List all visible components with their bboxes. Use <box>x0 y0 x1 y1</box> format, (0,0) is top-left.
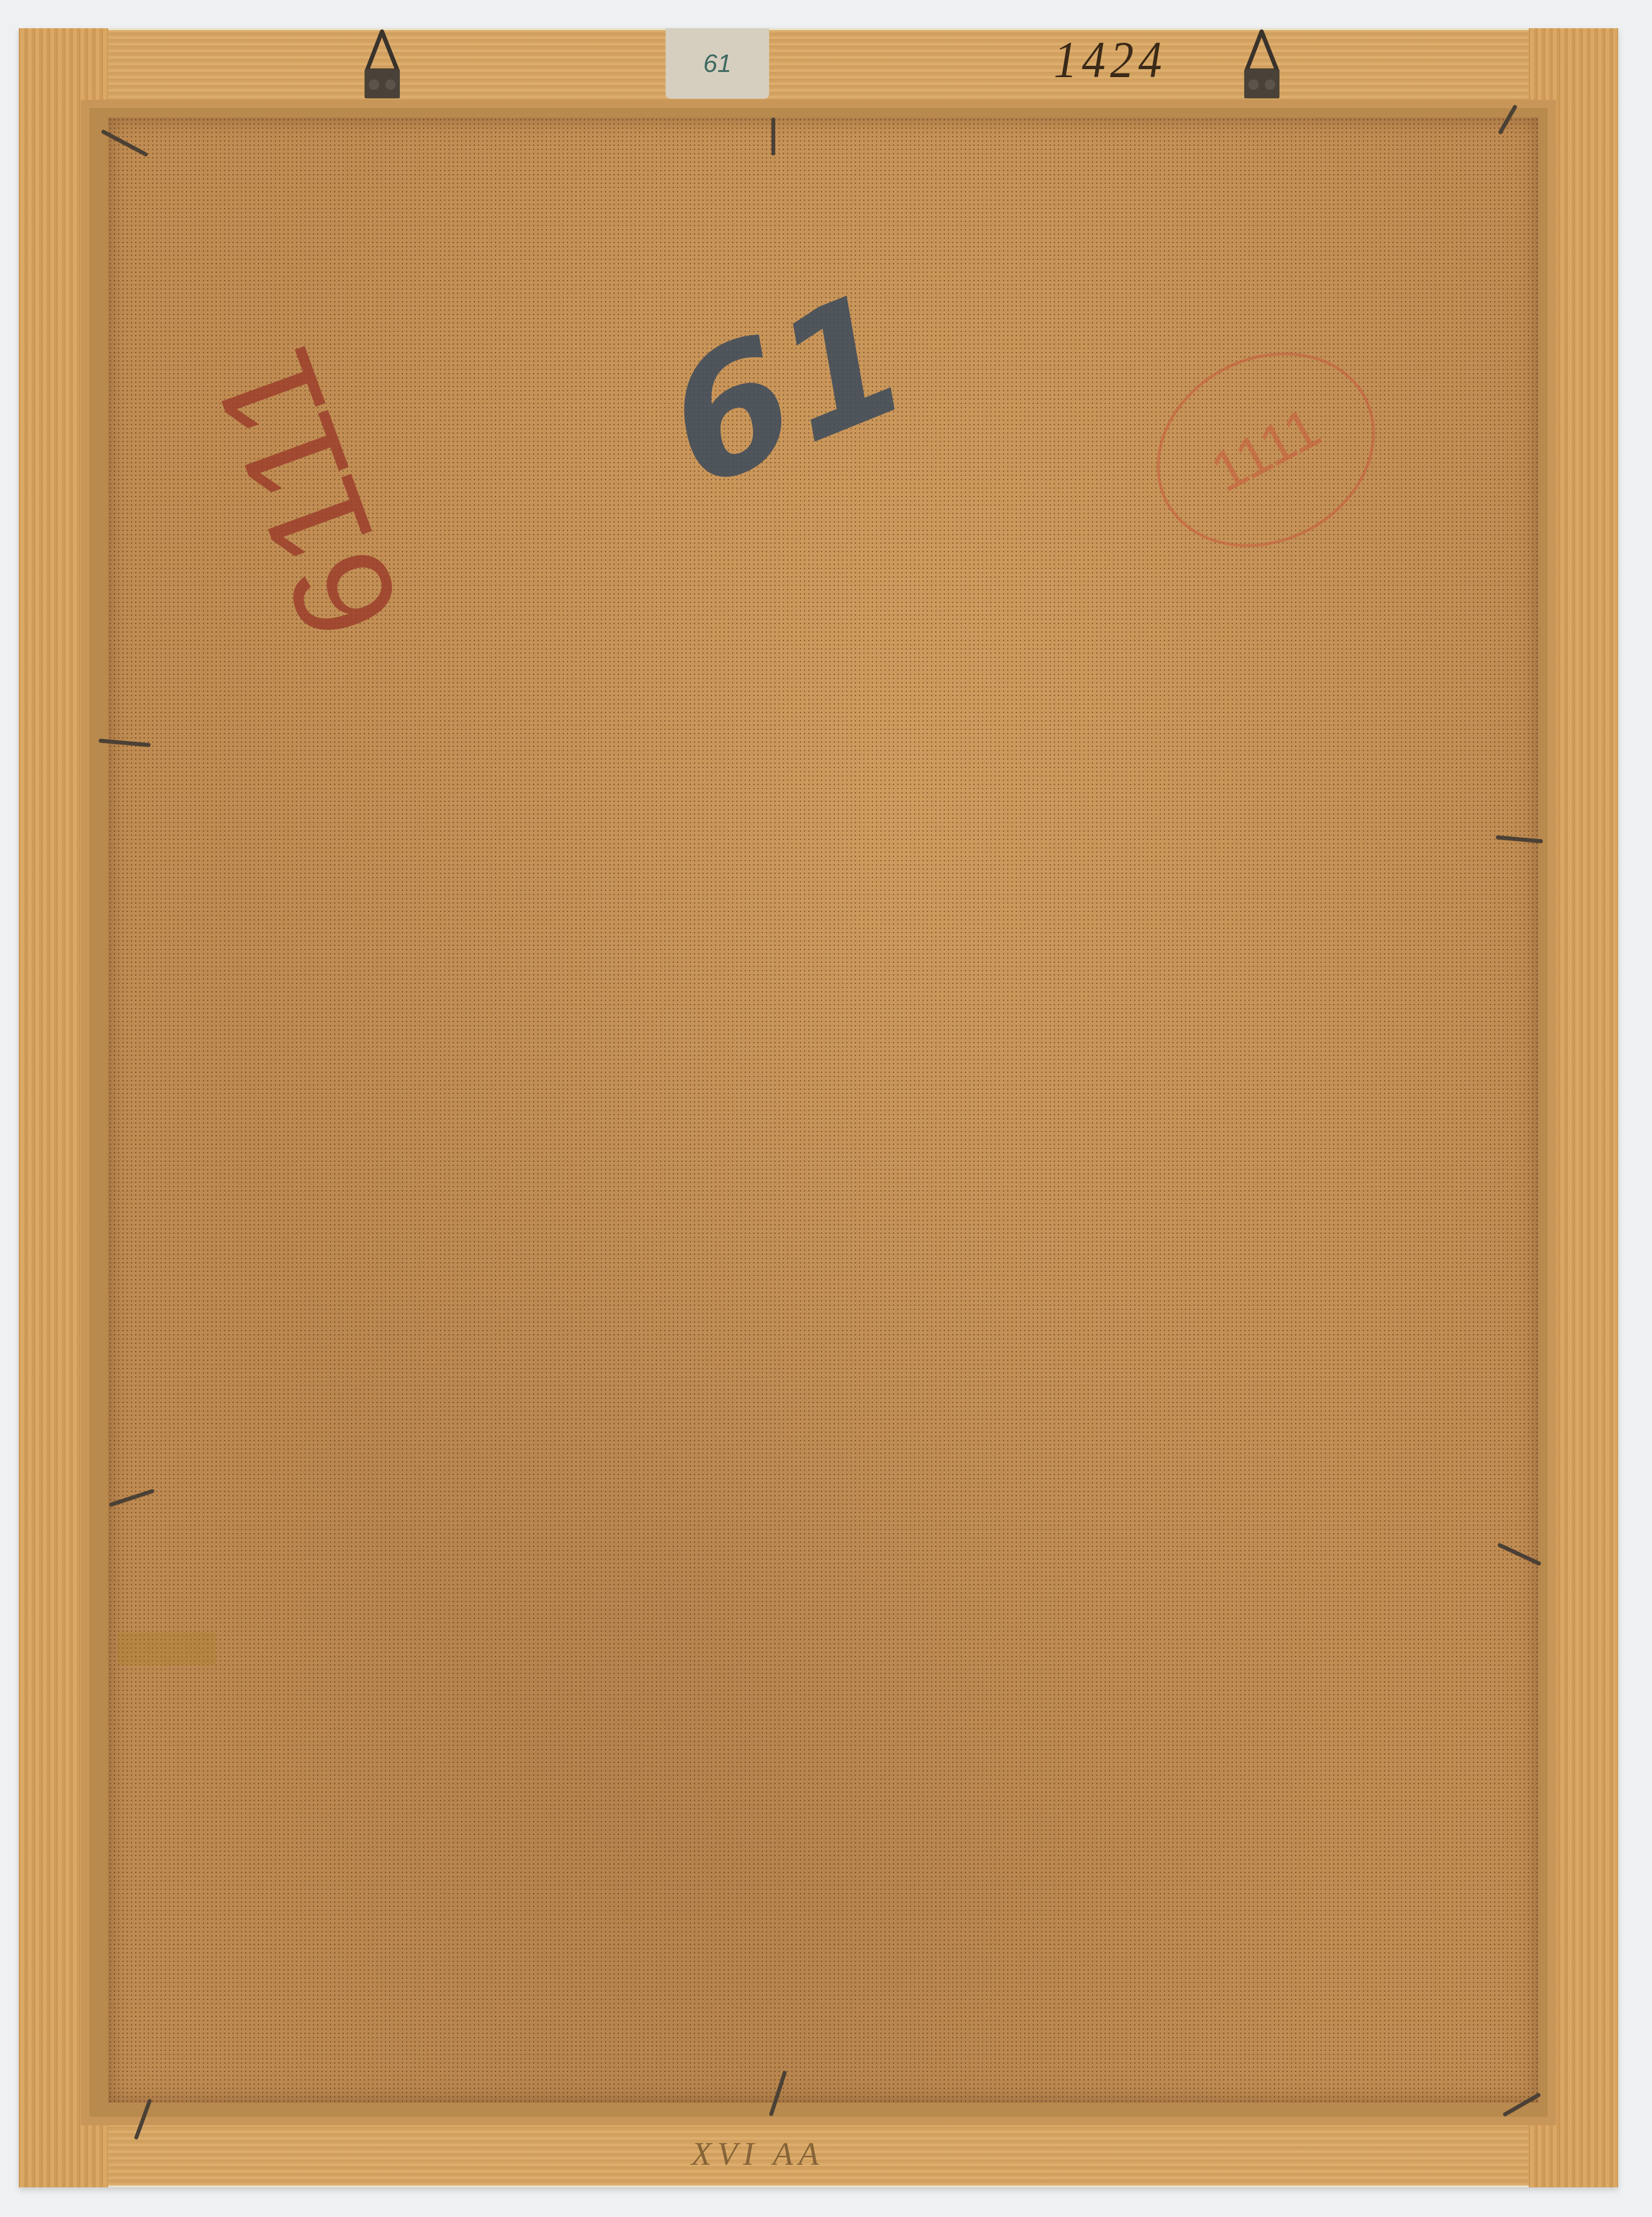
inventory-label-text: 61 <box>703 49 731 78</box>
inventory-label: 61 <box>666 28 769 99</box>
nail-icon <box>771 118 775 155</box>
hanger-right-icon <box>1237 26 1287 101</box>
pencil-inscription-bottom: XVI AA <box>691 2136 825 2173</box>
red-stamp-text: 1111 <box>1201 395 1331 505</box>
tape-residue-stain <box>118 1632 216 1665</box>
pencil-inscription-top: 1424 <box>1054 30 1167 90</box>
hanger-left-icon <box>357 26 407 101</box>
